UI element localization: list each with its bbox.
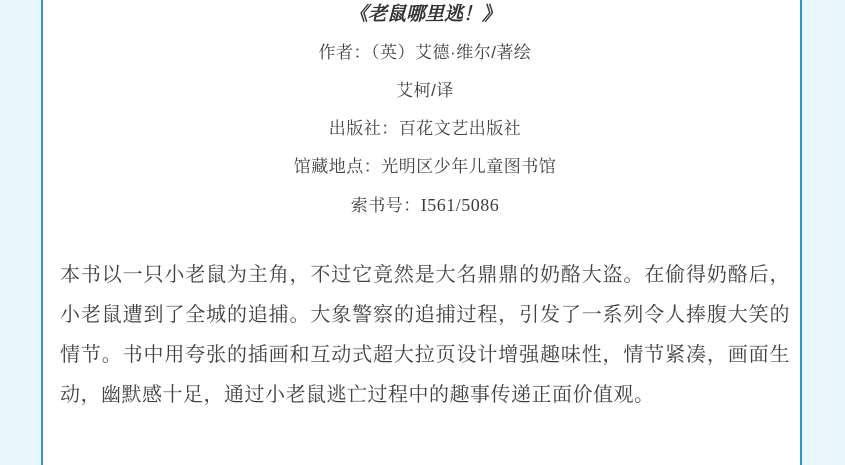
book-author-line: 作者：（英）艾德·维尔/著绘 — [60, 34, 790, 72]
book-info-block: 《老鼠哪里逃！》 作者：（英）艾德·维尔/著绘 艾柯/译 出版社：百花文艺出版社… — [60, 0, 790, 225]
call-number-label: 索书号： — [351, 196, 421, 215]
call-number-value: I561/5086 — [421, 195, 500, 215]
article-panel: 《老鼠哪里逃！》 作者：（英）艾德·维尔/著绘 艾柯/译 出版社：百花文艺出版社… — [41, 0, 802, 465]
book-publisher-line: 出版社：百花文艺出版社 — [60, 110, 790, 148]
book-call-number-line: 索书号：I561/5086 — [60, 186, 790, 225]
book-location-line: 馆藏地点：光明区少年儿童图书馆 — [60, 148, 790, 186]
book-title: 《老鼠哪里逃！》 — [60, 0, 790, 34]
book-description: 本书以一只小老鼠为主角，不过它竟然是大名鼎鼎的奶酪大盗。在偷得奶酪后，小老鼠遭到… — [60, 255, 790, 415]
book-translator-line: 艾柯/译 — [60, 72, 790, 110]
